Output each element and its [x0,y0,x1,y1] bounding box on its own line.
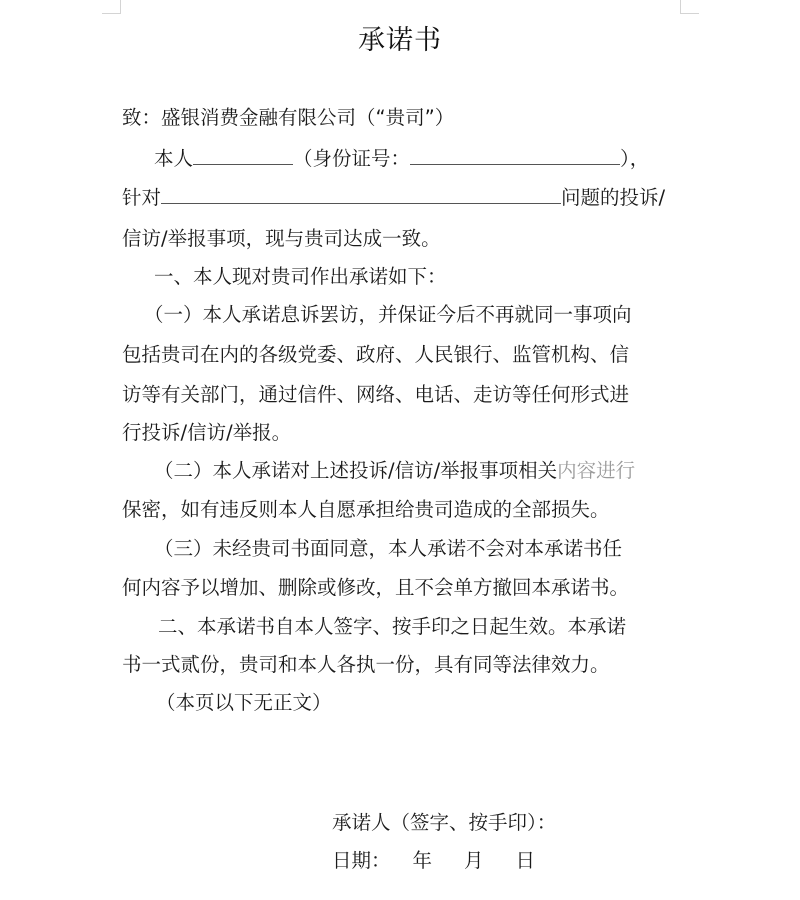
clause-2-line-1: （二）本人承诺对上述投诉/信访/举报事项相关内容进行 [154,458,635,484]
issue-blank-field[interactable] [161,185,561,204]
date-line: 日期：年月日 [332,848,535,874]
id-number-blank-field[interactable] [410,146,620,165]
clause-2-faded-text: 内容进行 [557,459,635,482]
crop-mark-top-left [102,0,121,14]
document-title: 承诺书 [0,18,800,57]
clause-1-line-2: 包括贵司在内的各级党委、政府、人民银行、监管机构、信 [122,342,629,368]
clause-2-line-2: 保密，如有违反则本人自愿承担给贵司造成的全部损失。 [122,497,610,523]
section-two-line-1: 二、本承诺书自本人签字、按手印之日起生效。本承诺 [158,614,626,640]
regarding-prefix: 针对 [122,186,161,209]
addressee: 致：盛银消费金融有限公司（“贵司”） [122,105,454,131]
date-month-label: 月 [464,849,484,872]
agreement-line: 信访/举报事项，现与贵司达成一致。 [122,226,441,252]
section-one-heading: 一、本人现对贵司作出承诺如下： [154,264,447,290]
clause-3-line-1: （三）未经贵司书面同意，本人承诺不会对本承诺书任 [154,536,622,562]
clause-1-line-1: （一）本人承诺息诉罢访，并保证今后不再就同一事项向 [144,302,632,328]
signer-label: 承诺人（签字、按手印）： [332,810,556,836]
section-two-line-2: 书一式贰份，贵司和本人各执一份，具有同等法律效力。 [122,652,610,678]
clause-1-line-4: 行投诉/信访/举报。 [122,420,291,446]
identity-line: 本人（身份证号：）， [154,146,649,172]
date-year-label: 年 [413,849,433,872]
id-number-label: （身份证号： [293,147,410,170]
end-note: （本页以下无正文） [156,690,332,716]
regarding-suffix: 问题的投诉/ [561,186,665,209]
crop-mark-top-right [680,0,699,14]
regarding-line: 针对问题的投诉/ [122,185,665,211]
name-blank-field[interactable] [193,146,293,165]
date-day-label: 日 [516,849,536,872]
clause-3-line-2: 何内容予以增加、删除或修改，且不会单方撤回本承诺书。 [122,575,629,601]
clause-1-line-3: 访等有关部门，通过信件、网络、电话、走访等任何形式进 [122,382,629,408]
date-label: 日期： [332,849,391,872]
identity-suffix: ）， [620,147,649,170]
clause-2-text: （二）本人承诺对上述投诉/信访/举报事项相关 [154,459,557,482]
identity-prefix: 本人 [154,147,193,170]
